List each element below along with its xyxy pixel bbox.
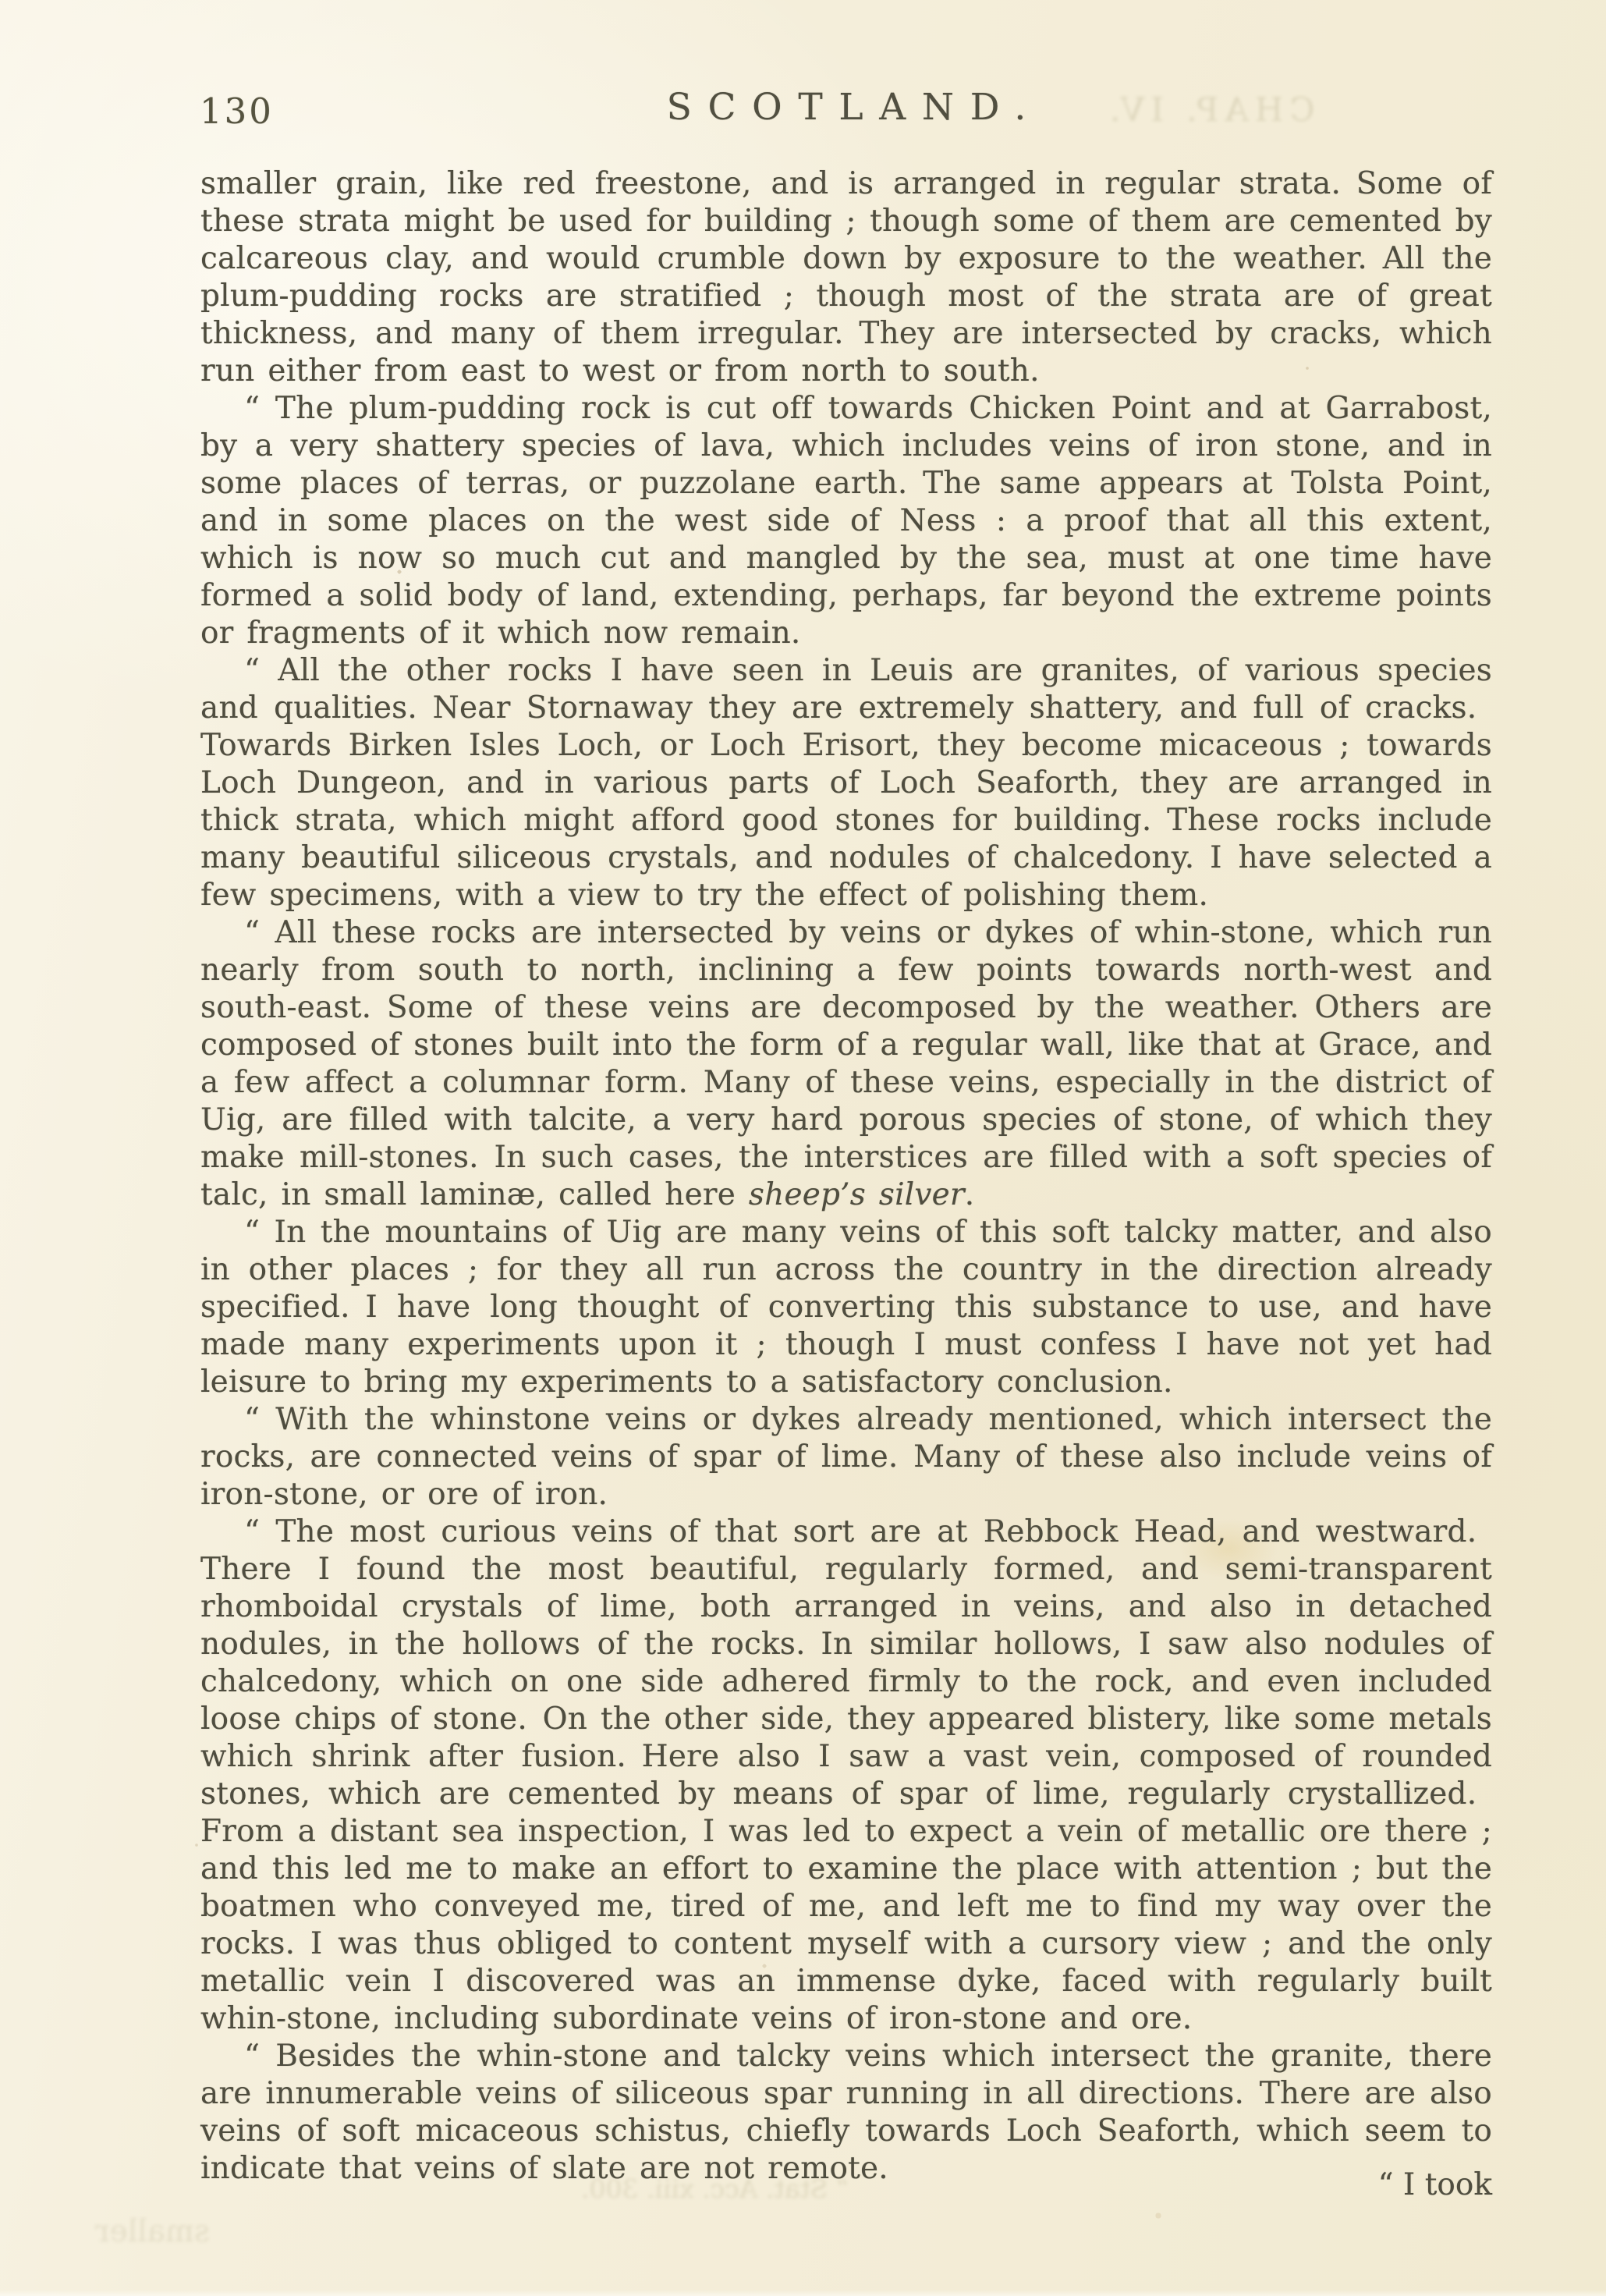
bleedthrough-prev-catchword: smaller — [95, 2214, 210, 2249]
catchword: “ I took — [200, 2167, 1492, 2202]
text-run: “ The most curious veins of that sort ar… — [200, 1514, 1492, 2036]
text-run: “ The plum-pudding rock is cut off towar… — [200, 391, 1492, 651]
running-title: SCOTLAND. — [200, 86, 1492, 129]
paragraph: “ All these rocks are intersected by vei… — [200, 914, 1492, 1214]
text-run: “ Besides the whin-stone and talcky vein… — [200, 2039, 1492, 2186]
text-run: “ All these rocks are intersected by vei… — [200, 915, 1492, 1212]
paragraph: “ With the whinstone veins or dykes alre… — [200, 1401, 1492, 1514]
text-run: . — [965, 1177, 975, 1212]
paragraph: “ Besides the whin-stone and talcky vein… — [200, 2038, 1492, 2188]
paragraph: “ The plum-pudding rock is cut off towar… — [200, 390, 1492, 652]
book-page-scan: CHAP. IV. 130 SCOTLAND. smaller grain, l… — [0, 0, 1606, 2296]
paragraph: “ The most curious veins of that sort ar… — [200, 1514, 1492, 2038]
text-run: “ With the whinstone veins or dykes alre… — [200, 1402, 1492, 1512]
paragraph: “ In the mountains of Uig are many veins… — [200, 1214, 1492, 1401]
paragraph: “ All the other rocks I have seen in Leu… — [200, 652, 1492, 914]
paragraphs: smaller grain, like red freestone, and i… — [200, 165, 1492, 2188]
text-run: “ All the other rocks I have seen in Leu… — [200, 653, 1492, 913]
body-text: smaller grain, like red freestone, and i… — [200, 165, 1492, 2188]
paragraph: smaller grain, like red freestone, and i… — [200, 165, 1492, 390]
text-run: “ In the mountains of Uig are many veins… — [200, 1215, 1492, 1400]
text-run: smaller grain, like red freestone, and i… — [200, 166, 1492, 389]
italic-text-run: sheep’s silver — [749, 1177, 965, 1212]
